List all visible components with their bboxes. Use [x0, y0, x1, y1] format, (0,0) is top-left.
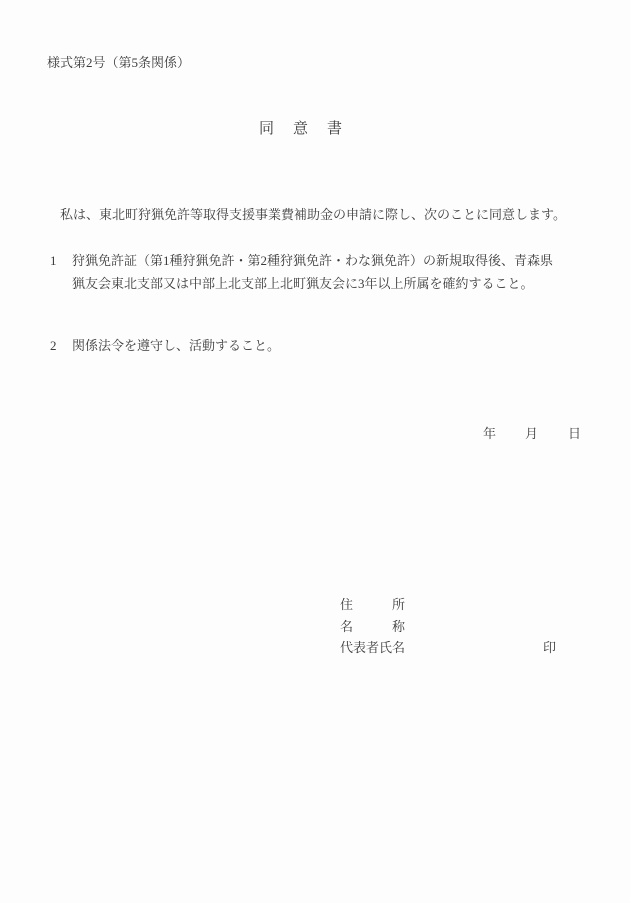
seal-mark: 印: [543, 641, 556, 656]
representative-name-label: 代表者氏名: [340, 641, 405, 656]
date-month-label: 月: [525, 427, 538, 442]
date-day-label: 日: [568, 427, 581, 442]
page-title: 同 意 書: [259, 121, 344, 138]
form-number: 様式第2号（第5条関係）: [47, 56, 190, 71]
entity-name-label: 名 称: [340, 620, 405, 635]
consent-form-page: 様式第2号（第5条関係） 同 意 書 私は、東北町狩猟免許等取得支援事業費補助金…: [0, 0, 630, 903]
clause-1-line-2: 猟友会東北支部又は中部上北支部上北町猟友会に3年以上所属を確約すること。: [72, 277, 534, 292]
address-label: 住 所: [340, 598, 405, 613]
intro-paragraph: 私は、東北町狩猟免許等取得支援事業費補助金の申請に際し、次のことに同意します。: [60, 208, 566, 223]
clause-2-number: 2: [50, 339, 57, 354]
date-year-label: 年: [483, 427, 496, 442]
clause-2-line-1: 関係法令を遵守し、活動すること。: [72, 339, 280, 354]
clause-1-line-1: 狩猟免許証（第1種狩猟免許・第2種狩猟免許・わな猟免許）の新規取得後、青森県: [72, 254, 553, 269]
clause-1-number: 1: [50, 254, 57, 269]
